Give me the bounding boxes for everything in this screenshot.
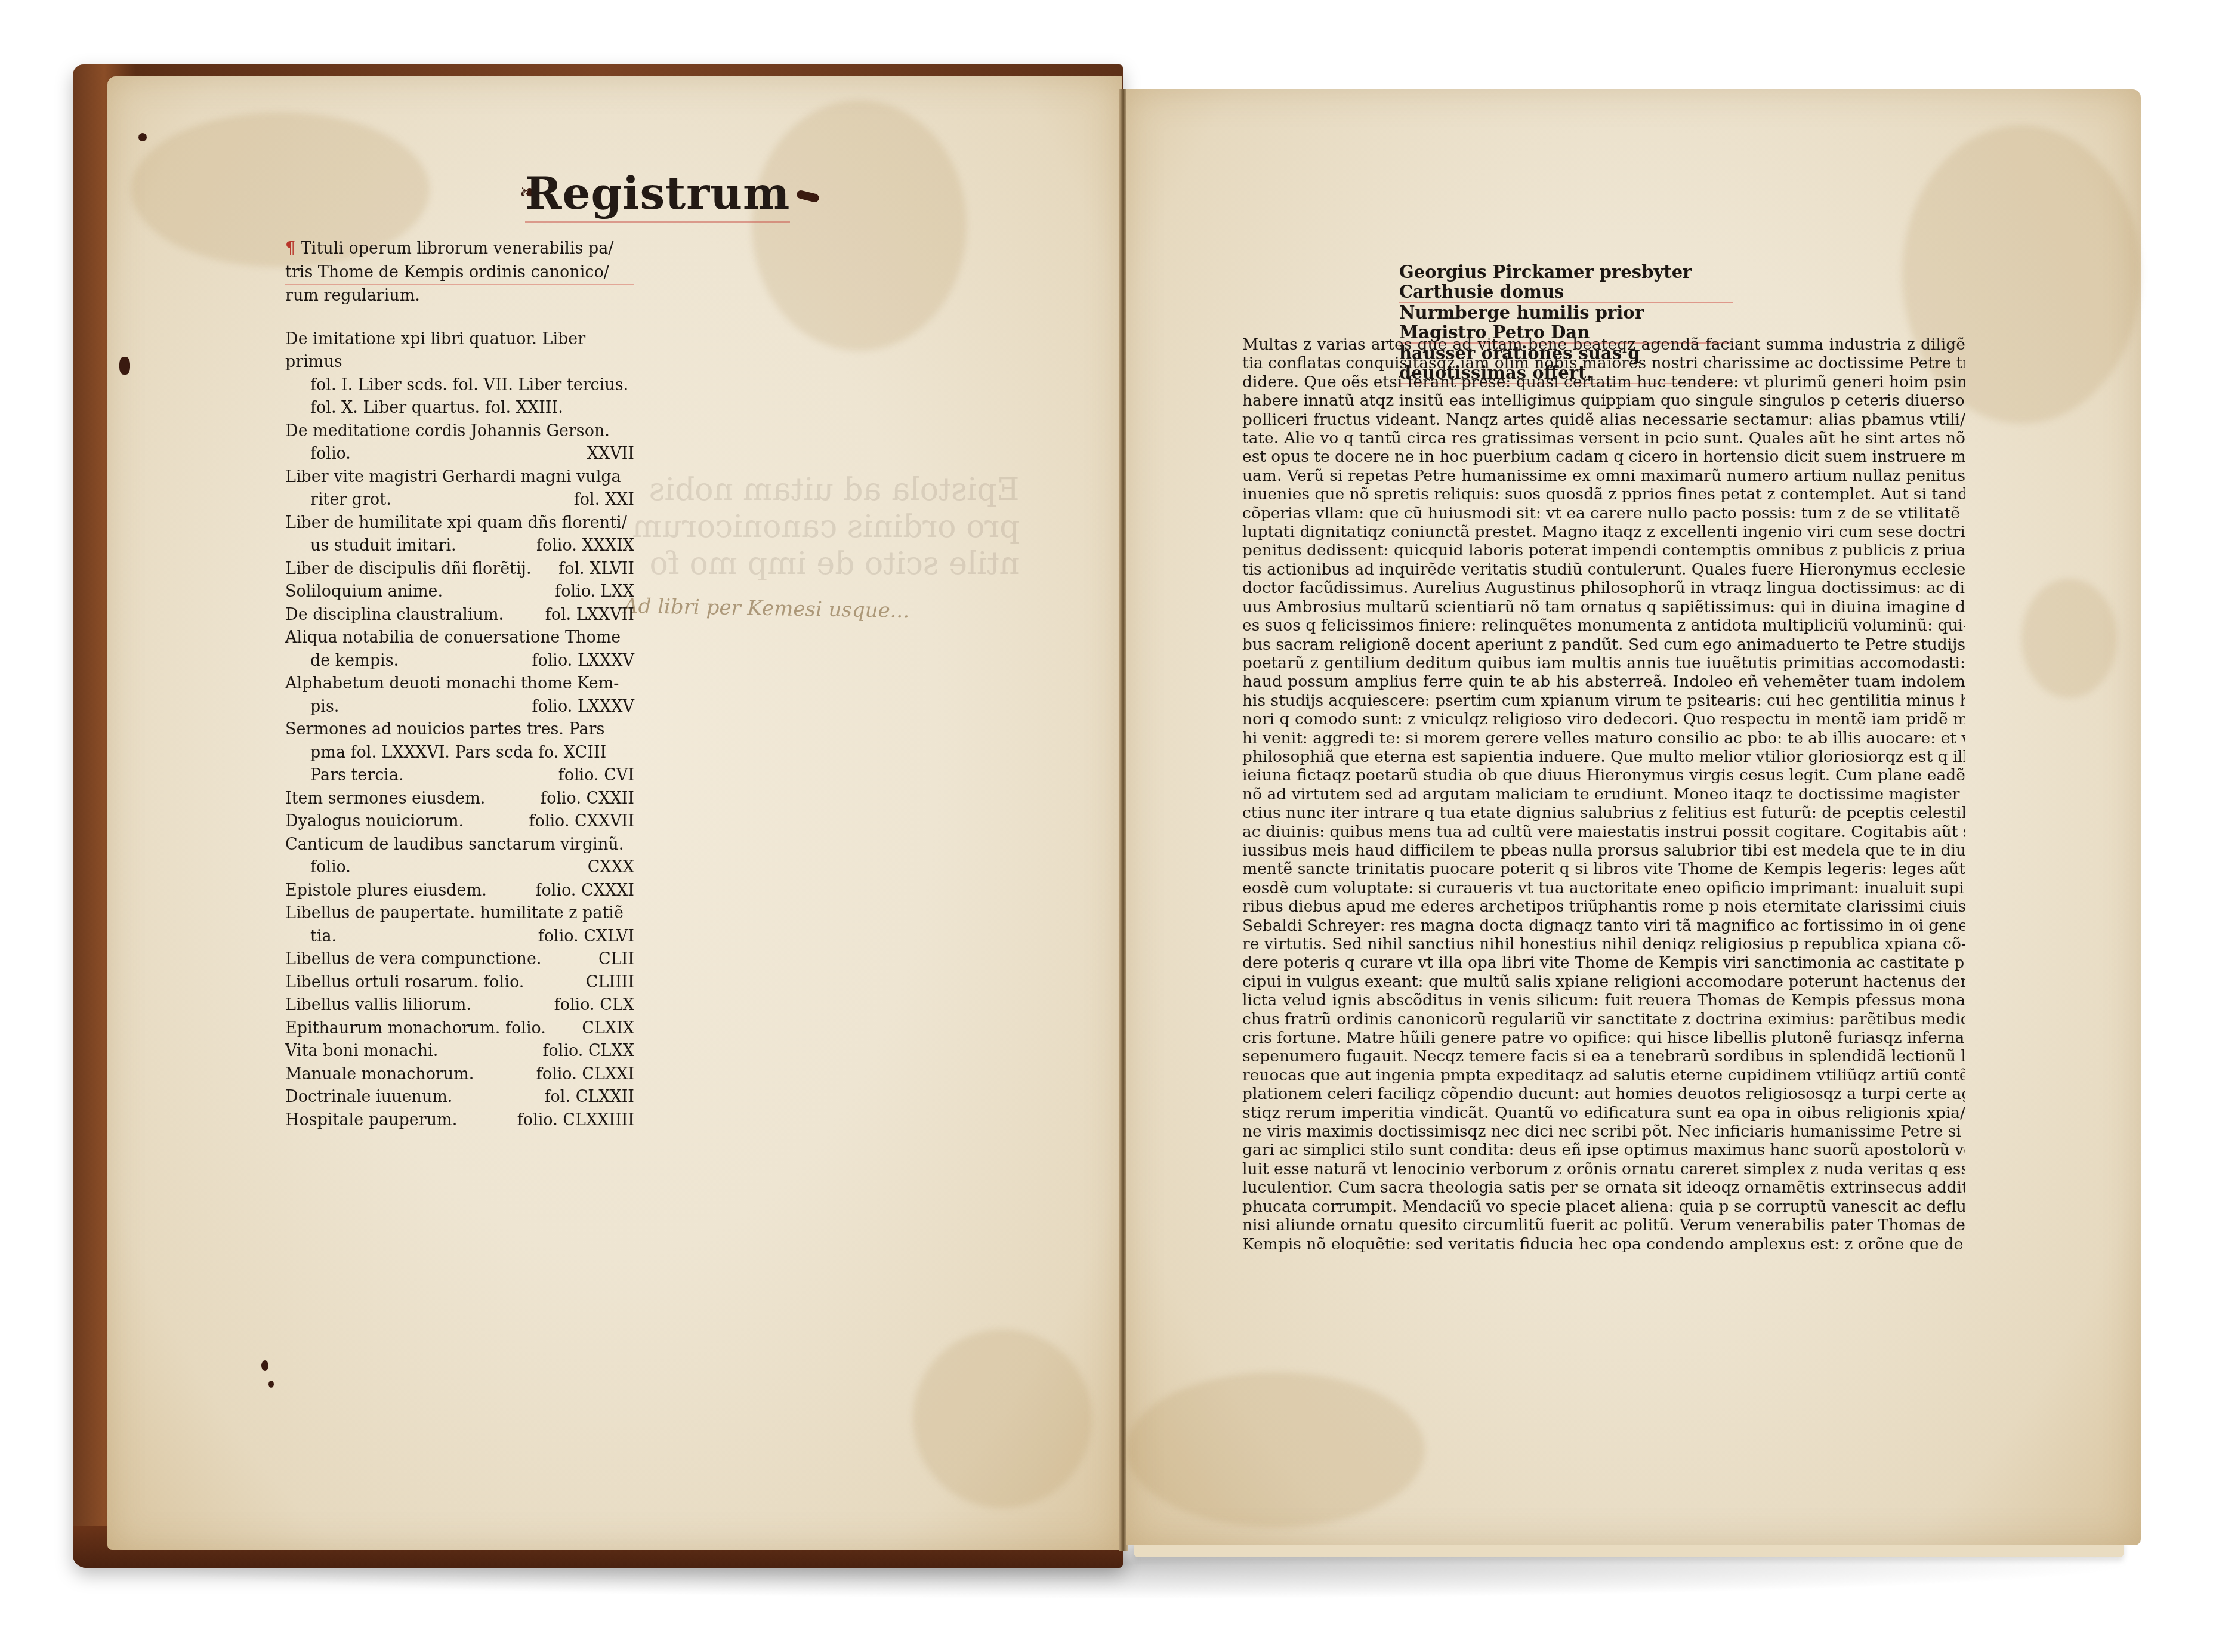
offset-ghost-text: Epistola ad uitam nobis pro ordinis cano…: [632, 471, 1020, 582]
body-line: ribus diebus apud me ederes archetipos t…: [1242, 897, 1965, 916]
toc-folio: XXVII: [587, 443, 634, 466]
toc-entry: Manuale monachorum.folio. CLXXI: [285, 1063, 634, 1086]
toc-folio: folio. LXXXV: [532, 650, 634, 673]
toc-entry-title: De imitatione xpi libri quatuor. Liber p…: [285, 328, 634, 374]
worm-hole: [261, 1360, 268, 1371]
body-line: chus fratrũ ordinis canonicorũ regulariũ…: [1242, 1010, 1965, 1029]
body-line: penitus dedissent: quicquid laboris pote…: [1242, 541, 1965, 560]
toc-intro-line: tris Thome de Kempis ordinis canonico/: [285, 261, 634, 285]
toc-folio: fol. CLXXII: [545, 1086, 634, 1109]
toc-folio: CLIIII: [586, 971, 634, 995]
toc-entry: Soliloquium anime.folio. LXX: [285, 580, 634, 604]
toc-folio: folio. CLX: [554, 994, 634, 1017]
toc-entry-continuation: fol. I. Liber scds. fol. VII. Liber terc…: [310, 374, 628, 397]
water-stain: [913, 1329, 1092, 1508]
toc-folio: folio. CXLVI: [538, 925, 634, 949]
body-line: Kempis nõ eloquẽtie: sed veritatis fiduc…: [1242, 1235, 1965, 1253]
toc-entry: De meditatione cordis Johannis Gerson. f…: [285, 420, 634, 466]
toc-entry: De imitatione xpi libri quatuor. Liber p…: [285, 328, 634, 420]
toc-entry: Aliqua notabilia de conuersatione Thome …: [285, 626, 634, 672]
toc-intro-line: rum regularium.: [285, 285, 634, 308]
body-line: est opus te docere ne in hoc puerbium ca…: [1242, 447, 1965, 466]
body-line: nori q comodo sunt: z vniculqz religioso…: [1242, 710, 1965, 728]
paragraph-mark-icon: ¶: [285, 239, 295, 258]
body-line: haud possum amplius ferre quin te ab his…: [1242, 672, 1965, 691]
toc-folio: folio. CXXVII: [529, 810, 634, 833]
body-line: philosophiã que eterna est sapientia ind…: [1242, 748, 1965, 766]
body-line: inuenies que nõ spretis reliquis: suos q…: [1242, 485, 1965, 504]
toc-folio: CLXIX: [582, 1017, 634, 1040]
body-line: polliceri fructus videant. Nanqz artes q…: [1242, 410, 1965, 429]
toc-entry: Libellus de vera compunctione.CLII: [285, 948, 634, 971]
table-of-contents: ¶ Tituli operum librorum venerabilis pa/…: [285, 237, 634, 1132]
handwritten-note: Ad libri per Kemesi usque...: [624, 594, 910, 623]
toc-folio: folio. LXXXV: [532, 696, 634, 719]
toc-folio: folio. LXX: [555, 580, 634, 604]
body-line: nõ ad virtutem sed ad argutam maliciam t…: [1242, 785, 1965, 804]
worm-hole: [138, 133, 147, 141]
body-line: tis actionibus ad inquirẽde veritatis st…: [1242, 560, 1965, 579]
body-line: stiqz rerum imperitia vindicãt. Quantũ v…: [1242, 1104, 1965, 1122]
toc-entry-continuation: fol. X. Liber quartus. fol. XXIII.: [310, 397, 563, 420]
toc-entry: Item sermones eiusdem.folio. CXXII: [285, 788, 634, 811]
body-line: Sebaldi Schreyer: res magna docta dignaq…: [1242, 916, 1965, 935]
body-line: phucata corrumpit. Mendaciũ vo specie pl…: [1242, 1197, 1965, 1216]
toc-folio: folio. CXXXI: [536, 879, 634, 903]
toc-entry: Dyalogus nouiciorum.folio. CXXVII: [285, 810, 634, 833]
toc-entry: De disciplina claustralium.fol. LXXVII: [285, 604, 634, 627]
worm-hole: [268, 1381, 274, 1388]
toc-folio: fol. XLVII: [558, 558, 634, 581]
toc-entry-title: De meditatione cordis Johannis Gerson.: [285, 420, 634, 443]
body-line: doctor facũdissimus. Aurelius Augustinus…: [1242, 579, 1965, 597]
toc-folio: CLII: [598, 948, 634, 971]
body-line: poetarũ z gentilium deditum quibus iam m…: [1242, 654, 1965, 672]
body-line: bus sacram religionẽ docent aperiunt z p…: [1242, 635, 1965, 654]
toc-entry: Canticum de laudibus sanctarum virginũ. …: [285, 833, 634, 879]
dedication-line: Georgius Pirckamer presbyter Carthusie d…: [1399, 263, 1733, 303]
page-heading-registrum: Registrum: [525, 168, 790, 223]
toc-entry: Libellus de paupertate. humilitate z pat…: [285, 902, 634, 948]
body-line: dere poteris q curare vt illa opa libri …: [1242, 953, 1965, 972]
toc-folio: folio. CVI: [558, 764, 634, 788]
body-line: uam. Verũ si repetas Petre humanissime e…: [1242, 467, 1965, 485]
toc-entry: Libellus ortuli rosarum. folio.CLIIII: [285, 971, 634, 995]
body-line: ctius nunc iter intrare q tua etate dign…: [1242, 804, 1965, 822]
body-line: cris fortune. Matre hũili genere patre v…: [1242, 1029, 1965, 1047]
body-line: ac diuinis: quibus mens tua ad cultũ ver…: [1242, 823, 1965, 841]
body-line: gari ac simplici stilo sunt condita: deu…: [1242, 1141, 1965, 1159]
toc-entry: Epithaurum monachorum. folio.CLXIX: [285, 1017, 634, 1040]
toc-entry: Vita boni monachi.folio. CLXX: [285, 1040, 634, 1063]
toc-folio: folio. XXXIX: [536, 535, 634, 558]
body-line: iussibus meis haud difficilem te pbeas n…: [1242, 841, 1965, 860]
book-photograph: ❧ Registrum Epistola ad uitam nobis pro …: [0, 0, 2216, 1652]
body-line: re virtutis. Sed nihil sanctius nihil ho…: [1242, 935, 1965, 953]
body-line: didere. Que oẽs etsi ferant prese: quasi…: [1242, 373, 1965, 391]
toc-folio: fol. XXI: [574, 489, 634, 512]
toc-folio: folio. CXXII: [541, 788, 634, 811]
body-line: nisi aliunde ornatu quesito circumlitũ f…: [1242, 1216, 1965, 1234]
body-line: licta velud ignis abscõditus in venis si…: [1242, 991, 1965, 1009]
water-stain: [2021, 579, 2117, 698]
toc-entry-title: Liber vite magistri Gerhardi magni vulga: [285, 466, 634, 489]
body-line: plationem celeri faciliqz cõpendio ducun…: [1242, 1085, 1965, 1103]
body-line: uus Ambrosius multarũ scientiarũ nõ tam …: [1242, 598, 1965, 616]
body-line: reuocas que aut ingenia pmpta expeditaqz…: [1242, 1066, 1965, 1085]
body-line: luculentior. Cum sacra theologia satis p…: [1242, 1178, 1965, 1197]
toc-entry: Liber de discipulis dñi florẽtij.fol. XL…: [285, 558, 634, 581]
body-line: his studijs acquiescere: psertim cum xpi…: [1242, 691, 1965, 710]
toc-entry: Sermones ad nouicios partes tres. Pars p…: [285, 718, 634, 788]
body-line: ne viris maximis doctissimisqz nec dici …: [1242, 1122, 1965, 1141]
body-line: luit esse naturã vt lenocinio verborum z…: [1242, 1160, 1965, 1178]
body-line: ieiuna fictaqz poetarũ studia ob que diu…: [1242, 766, 1965, 785]
body-line: hi venit: aggredi te: si morem gerere ve…: [1242, 729, 1965, 748]
body-line: mentẽ sancte trinitatis puocare poterit …: [1242, 860, 1965, 878]
toc-entry: Libellus vallis liliorum.folio. CLX: [285, 994, 634, 1017]
toc-entry: Liber de humilitate xpi quam dñs florent…: [285, 512, 634, 558]
dedication-letter-body: Multas z varias artes que ad vitam bene …: [1242, 335, 1965, 1253]
toc-folio: folio. CLXXI: [536, 1063, 634, 1086]
toc-folio: folio. CLXXIIII: [517, 1109, 634, 1132]
toc-entry: Epistole plures eiusdem.folio. CXXXI: [285, 879, 634, 903]
toc-entry: Liber vite magistri Gerhardi magni vulga…: [285, 466, 634, 512]
water-stain: [1126, 1372, 1425, 1527]
body-line: tia conflatas conquisitasqz iam olim nob…: [1242, 354, 1965, 372]
body-line: Multas z varias artes que ad vitam bene …: [1242, 335, 1965, 354]
toc-folio: folio. CLXX: [543, 1040, 635, 1063]
toc-intro-line: ¶ Tituli operum librorum venerabilis pa/: [285, 237, 634, 261]
body-line: cõperias vllam: que cũ huiusmodi sit: vt…: [1242, 504, 1965, 523]
body-line: habere innatũ atqz insitũ eas intelligim…: [1242, 391, 1965, 410]
body-line: eosdẽ cum voluptate: si curaueris vt tua…: [1242, 879, 1965, 897]
toc-intro: ¶ Tituli operum librorum venerabilis pa/…: [285, 237, 634, 308]
toc-entry: Doctrinale iuuenum.fol. CLXXII: [285, 1086, 634, 1109]
body-line: es suos q felicissimos finiere: relinquẽ…: [1242, 616, 1965, 635]
water-stain: [752, 100, 967, 351]
toc-entry-title: Liber de humilitate xpi quam dñs florent…: [285, 512, 634, 535]
body-line: luptati dignitatiqz coniunctã prestet. M…: [1242, 523, 1965, 541]
toc-entry: Hospitale pauperum.folio. CLXXIIII: [285, 1109, 634, 1132]
body-line: sepenumero fugauit. Necqz temere facis s…: [1242, 1047, 1965, 1066]
toc-folio: fol. LXXVII: [545, 604, 634, 627]
toc-entry: Alphabetum deuoti monachi thome Kem- pis…: [285, 672, 634, 718]
body-line: cipui in vulgus exeant: que multũ salis …: [1242, 972, 1965, 991]
worm-hole: [119, 357, 130, 375]
toc-folio: CXXX: [588, 856, 634, 879]
body-line: tate. Alie vo q tantũ circa res gratissi…: [1242, 429, 1965, 447]
